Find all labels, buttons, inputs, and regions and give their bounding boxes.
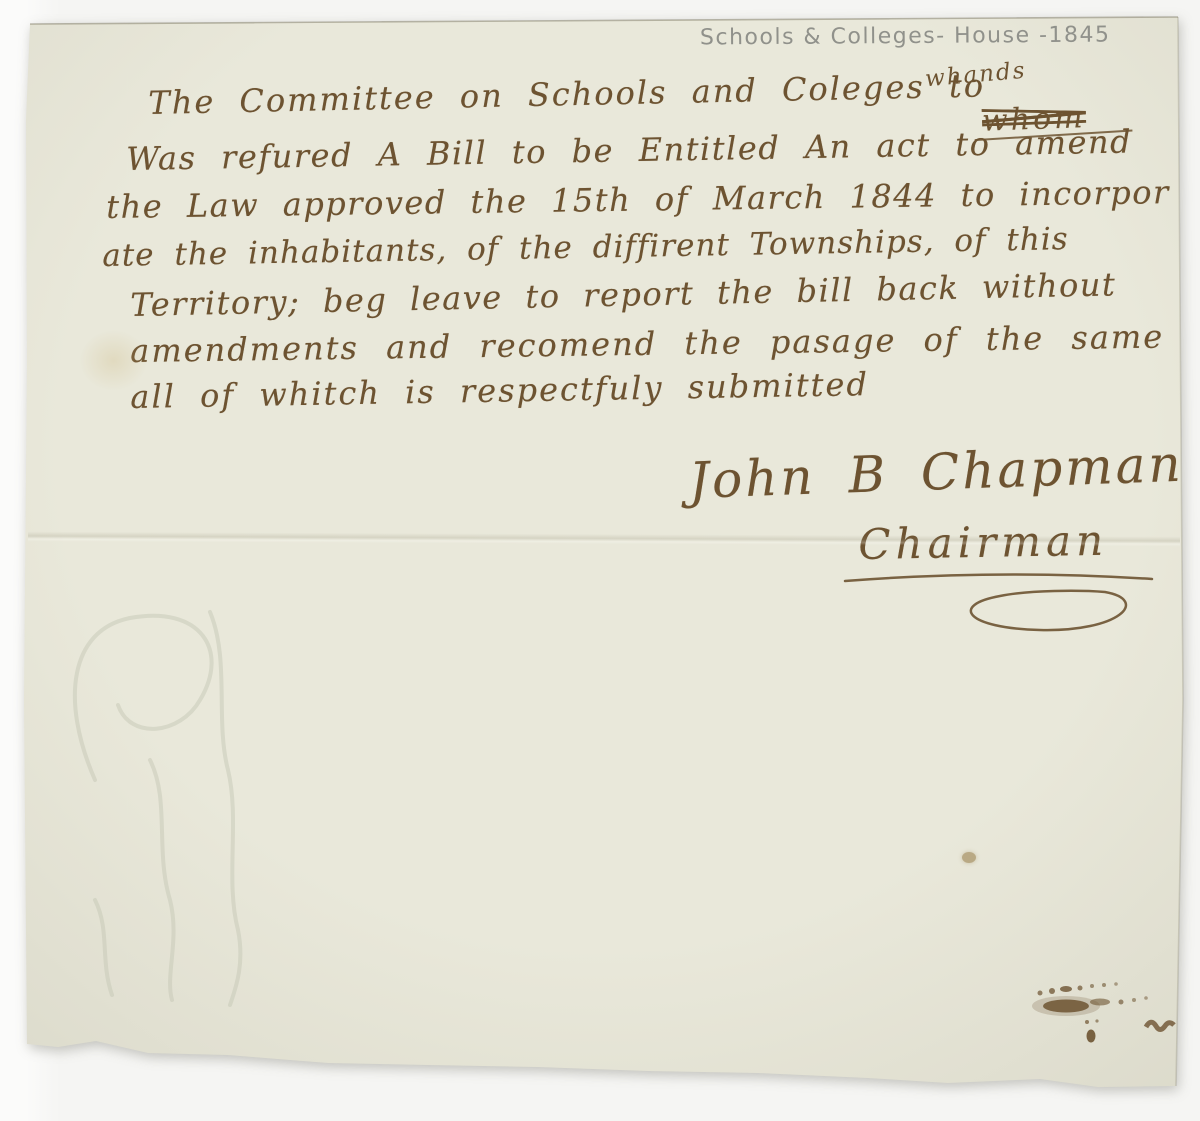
archival-label: Schools & Colleges- House -1845: [700, 23, 1111, 51]
scanned-document: Schools & Colleges- House -1845 The Comm…: [0, 0, 1200, 1121]
paper-stain: [66, 318, 161, 403]
fox-spot-stain: [962, 852, 976, 863]
